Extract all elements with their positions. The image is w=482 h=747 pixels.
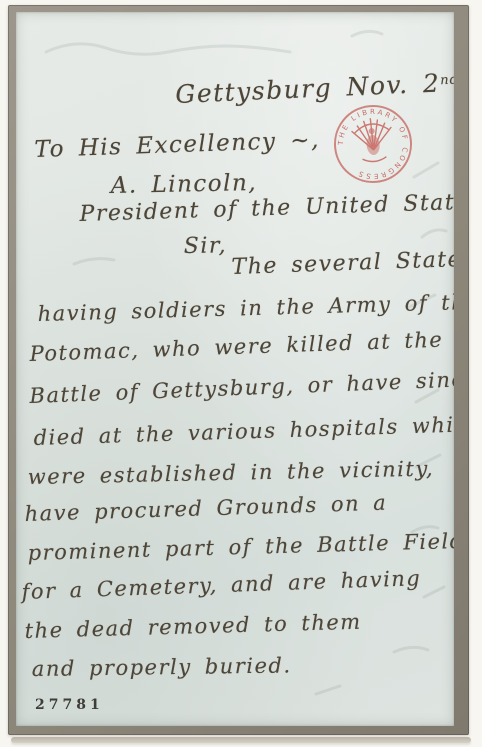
library-of-congress-stamp: THE LIBRARY OF CONGRESS <box>327 98 419 190</box>
salutation-lincoln: A. Lincoln, <box>110 170 257 199</box>
eagle-icon <box>350 116 394 163</box>
salutation-sir: Sir, <box>184 233 228 259</box>
letter-page: THE LIBRARY OF CONGRESS Gettysburg Nov. … <box>16 12 454 726</box>
scanned-letter-document: THE LIBRARY OF CONGRESS Gettysburg Nov. … <box>0 0 482 747</box>
body-line: and properly buried. <box>32 653 292 681</box>
date-ordinal-suffix: nd <box>440 72 454 88</box>
holder-bottom-edge <box>11 737 471 743</box>
catalog-number: 27781 <box>35 697 104 713</box>
